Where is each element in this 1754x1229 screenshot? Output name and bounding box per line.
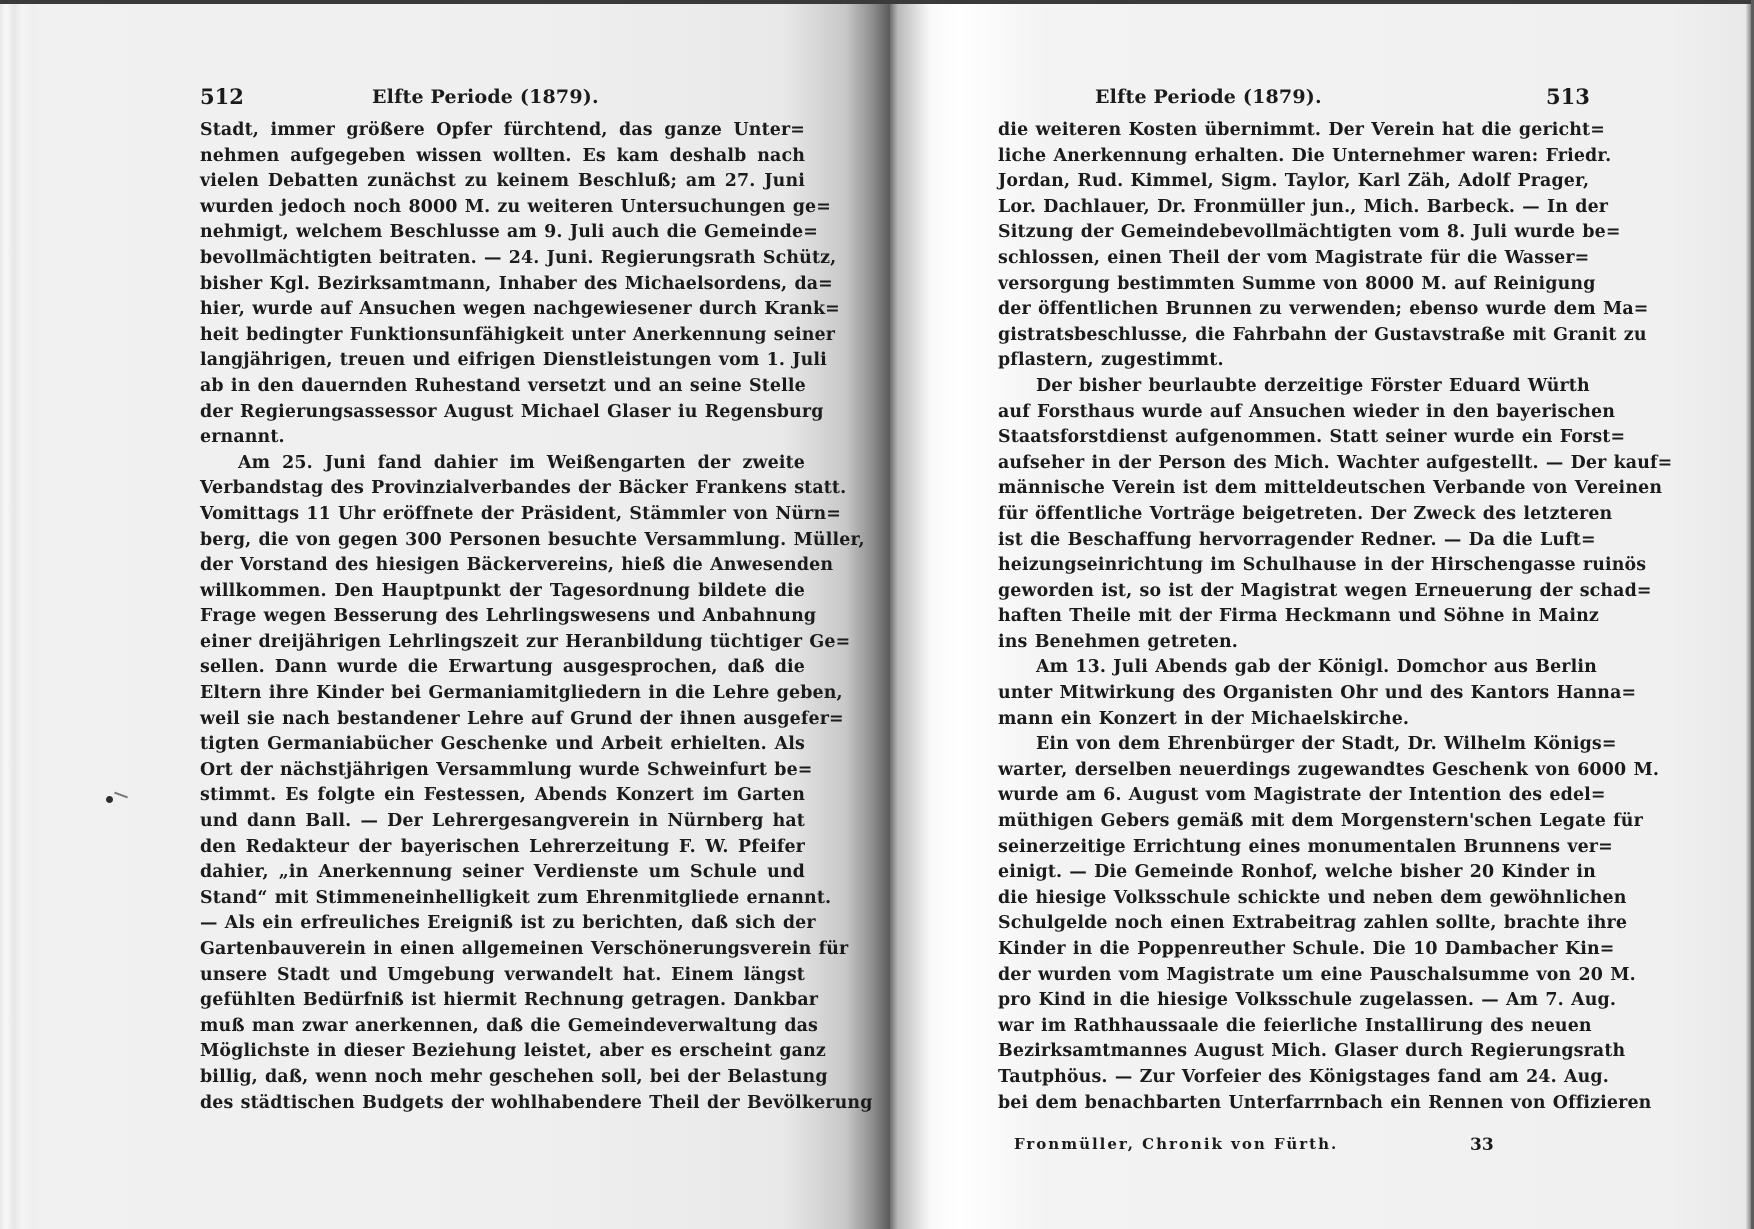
- text-line: ernannt.: [200, 425, 805, 451]
- paper-speck: [106, 796, 113, 803]
- text-line: heit bedingter Funktionsunfähigkeit unte…: [200, 323, 805, 349]
- sheet-number: 33: [1470, 1135, 1494, 1155]
- text-line: auf Forsthaus wurde auf Ansuchen wieder …: [998, 400, 1584, 426]
- text-line: männische Verein ist dem mitteldeutschen…: [998, 476, 1584, 502]
- running-title: Elfte Periode (1879).: [372, 86, 599, 108]
- text-line: hier, wurde auf Ansuchen wegen nachgewie…: [200, 297, 805, 323]
- open-book-scan: 512 Elfte Periode (1879). Stadt, immer g…: [0, 0, 1754, 1229]
- text-line: unter Mitwirkung des Organisten Ohr und …: [998, 681, 1584, 707]
- text-line: Am 13. Juli Abends gab der Königl. Domch…: [998, 655, 1584, 681]
- text-line: unsere Stadt und Umgebung verwandelt hat…: [200, 963, 805, 989]
- page-number: 513: [1546, 84, 1590, 109]
- text-line: der öffentlichen Brunnen zu verwenden; e…: [998, 297, 1584, 323]
- text-line: bisher Kgl. Bezirksamtmann, Inhaber des …: [200, 272, 805, 298]
- text-line: muß man zwar anerkennen, daß die Gemeind…: [200, 1014, 805, 1040]
- text-line: haften Theile mit der Firma Heckmann und…: [998, 604, 1584, 630]
- text-line: dahier, „in Anerkennung seiner Verdienst…: [200, 860, 805, 886]
- text-line: gistratsbeschlusse, die Fahrbahn der Gus…: [998, 323, 1584, 349]
- text-line: der Regierungsassessor August Michael Gl…: [200, 400, 805, 426]
- text-line: seinerzeitige Errichtung eines monumenta…: [998, 835, 1584, 861]
- text-line: weil sie nach bestandener Lehre auf Grun…: [200, 707, 805, 733]
- text-line: des städtischen Budgets der wohlhabender…: [200, 1091, 805, 1117]
- text-line: Lor. Dachlauer, Dr. Fronmüller jun., Mic…: [998, 195, 1584, 221]
- text-line: gefühlten Bedürfniß ist hiermit Rechnung…: [200, 988, 805, 1014]
- text-line: geworden ist, so ist der Magistrat wegen…: [998, 579, 1584, 605]
- text-line: nehmen aufgegeben wissen wollten. Es kam…: [200, 144, 805, 170]
- book-signature: Fronmüller, Chronik von Fürth.: [1014, 1135, 1338, 1153]
- text-line: die weiteren Kosten übernimmt. Der Verei…: [998, 118, 1584, 144]
- text-line: der Vorstand des hiesigen Bäckervereins,…: [200, 553, 805, 579]
- text-line: müthigen Gebers gemäß mit dem Morgenster…: [998, 809, 1584, 835]
- text-line: und dann Ball. — Der Lehrergesangverein …: [200, 809, 805, 835]
- text-line: der wurden vom Magistrate um eine Pausch…: [998, 963, 1584, 989]
- text-line: vielen Debatten zunächst zu keinem Besch…: [200, 169, 805, 195]
- text-line: einer dreijährigen Lehrlingszeit zur Her…: [200, 630, 805, 656]
- text-line: Schulgelde noch einen Extrabeitrag zahle…: [998, 911, 1584, 937]
- text-line: einigt. — Die Gemeinde Ronhof, welche bi…: [998, 860, 1584, 886]
- text-line: wurde am 6. August vom Magistrate der In…: [998, 783, 1584, 809]
- text-line: — Als ein erfreuliches Ereigniß ist zu b…: [200, 911, 805, 937]
- text-line: pro Kind in die hiesige Volksschule zuge…: [998, 988, 1584, 1014]
- text-line: Bezirksamtmannes August Mich. Glaser dur…: [998, 1039, 1584, 1065]
- text-line: schlossen, einen Theil der vom Magistrat…: [998, 246, 1584, 272]
- text-line: Staatsforstdienst aufgenommen. Statt sei…: [998, 425, 1584, 451]
- text-line: die hiesige Volksschule schickte und neb…: [998, 886, 1584, 912]
- text-line: Verbandstag des Provinzialverbandes der …: [200, 476, 805, 502]
- text-line: Tautphöus. — Zur Vorfeier des Königstage…: [998, 1065, 1584, 1091]
- text-line: sellen. Dann wurde die Erwartung ausgesp…: [200, 655, 805, 681]
- text-line: Jordan, Rud. Kimmel, Sigm. Taylor, Karl …: [998, 169, 1584, 195]
- text-line: Sitzung der Gemeindebevollmächtigten vom…: [998, 220, 1584, 246]
- text-line: billig, daß, wenn noch mehr geschehen so…: [200, 1065, 805, 1091]
- text-line: den Redakteur der bayerischen Lehrerzeit…: [200, 835, 805, 861]
- paper-speck-tail: [114, 792, 128, 799]
- left-page: 512 Elfte Periode (1879). Stadt, immer g…: [0, 4, 890, 1229]
- text-line: Stadt, immer größere Opfer fürchtend, da…: [200, 118, 805, 144]
- text-line: tigten Germaniabücher Geschenke und Arbe…: [200, 732, 805, 758]
- text-line: Gartenbauverein in einen allgemeinen Ver…: [200, 937, 805, 963]
- text-line: bevollmächtigten beitraten. — 24. Juni. …: [200, 246, 805, 272]
- text-line: aufseher in der Person des Mich. Wachter…: [998, 451, 1584, 477]
- text-line: Der bisher beurlaubte derzeitige Förster…: [998, 374, 1584, 400]
- text-line: Vomittags 11 Uhr eröffnete der Präsident…: [200, 502, 805, 528]
- text-line: heizungseinrichtung im Schulhause in der…: [998, 553, 1584, 579]
- right-page-body: die weiteren Kosten übernimmt. Der Verei…: [998, 118, 1584, 1116]
- text-line: versorgung bestimmten Summe von 8000 M. …: [998, 272, 1584, 298]
- text-line: Kinder in die Poppenreuther Schule. Die …: [998, 937, 1584, 963]
- text-line: Frage wegen Besserung des Lehrlingswesen…: [200, 604, 805, 630]
- text-line: mann ein Konzert in der Michaelskirche.: [998, 707, 1584, 733]
- text-line: ins Benehmen getreten.: [998, 630, 1584, 656]
- text-line: ab in den dauernden Ruhestand versetzt u…: [200, 374, 805, 400]
- left-page-body: Stadt, immer größere Opfer fürchtend, da…: [200, 118, 805, 1116]
- page-number: 512: [200, 84, 244, 109]
- text-line: ist die Beschaffung hervorragender Redne…: [998, 528, 1584, 554]
- text-line: war im Rathhaussaale die feierliche Inst…: [998, 1014, 1584, 1040]
- text-line: willkommen. Den Hauptpunkt der Tagesordn…: [200, 579, 805, 605]
- text-line: Eltern ihre Kinder bei Germaniamitgliede…: [200, 681, 805, 707]
- text-line: wurden jedoch noch 8000 M. zu weiteren U…: [200, 195, 805, 221]
- right-page: Elfte Periode (1879). 513 die weiteren K…: [890, 4, 1754, 1229]
- text-line: nehmigt, welchem Beschlusse am 9. Juli a…: [200, 220, 805, 246]
- text-line: Ort der nächstjährigen Versammlung wurde…: [200, 758, 805, 784]
- text-line: Ein von dem Ehrenbürger der Stadt, Dr. W…: [998, 732, 1584, 758]
- text-line: Möglichste in dieser Beziehung leistet, …: [200, 1039, 805, 1065]
- text-line: liche Anerkennung erhalten. Die Unterneh…: [998, 144, 1584, 170]
- text-line: für öffentliche Vorträge beigetreten. De…: [998, 502, 1584, 528]
- text-line: Am 25. Juni fand dahier im Weißengarten …: [200, 451, 805, 477]
- text-line: Stand“ mit Stimmeneinhelligkeit zum Ehre…: [200, 886, 805, 912]
- running-title: Elfte Periode (1879).: [1095, 86, 1322, 108]
- text-line: warter, derselben neuerdings zugewandtes…: [998, 758, 1584, 784]
- text-line: pflastern, zugestimmt.: [998, 348, 1584, 374]
- text-line: berg, die von gegen 300 Personen besucht…: [200, 528, 805, 554]
- text-line: bei dem benachbarten Unterfarrnbach ein …: [998, 1091, 1584, 1117]
- text-line: stimmt. Es folgte ein Festessen, Abends …: [200, 783, 805, 809]
- text-line: langjährigen, treuen und eifrigen Dienst…: [200, 348, 805, 374]
